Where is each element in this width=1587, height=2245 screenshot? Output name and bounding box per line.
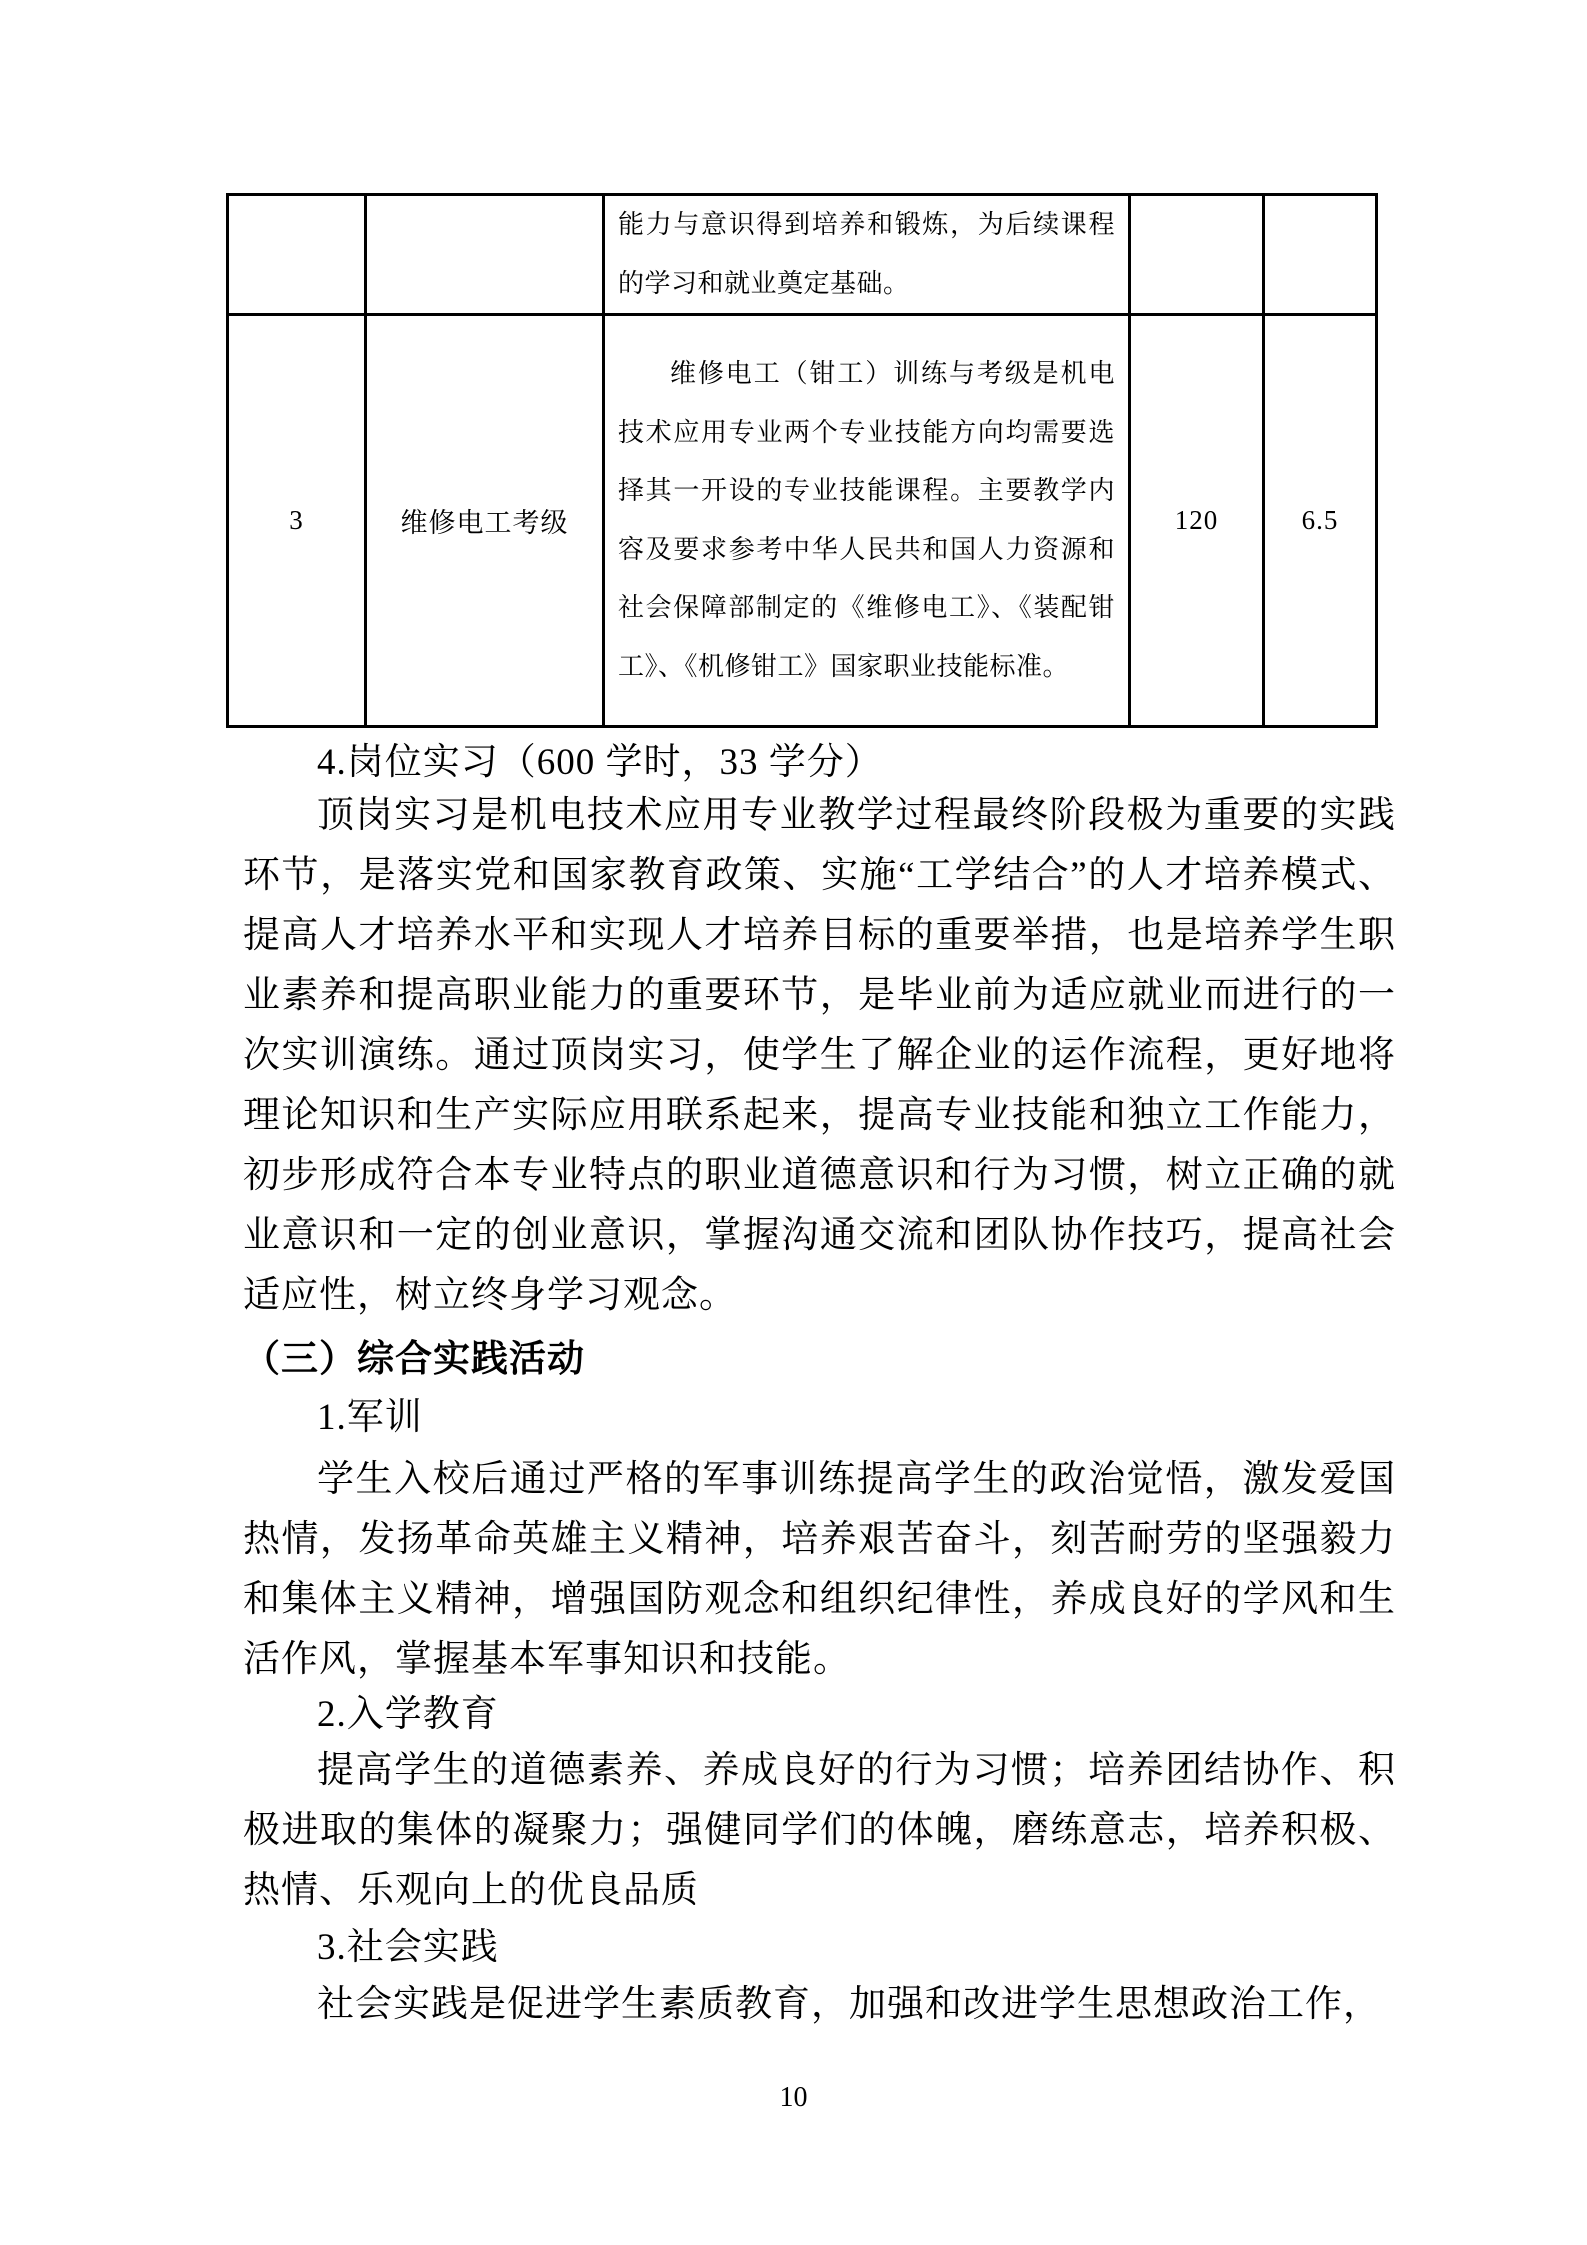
para-military-training: 学生入校后通过严格的军事训练提高学生的政治觉悟，激发爱国热情，发扬革命英雄主义精… (243, 1450, 1396, 1690)
cell-credits: 6.5 (1264, 315, 1377, 727)
heading-comprehensive-practice: （三）综合实践活动 (243, 1330, 1396, 1390)
cell-seq (228, 195, 366, 315)
document-page: 能力与意识得到培养和锻炼，为后续课程的学习和就业奠定基础。 3 维修电工考级 维… (0, 0, 1587, 2245)
cell-course-name (366, 195, 604, 315)
cell-hours (1130, 195, 1264, 315)
heading-post-internship: 4.岗位实习（600 学时，33 学分） (243, 733, 1396, 793)
cell-hours: 120 (1130, 315, 1264, 727)
cell-course-name: 维修电工考级 (366, 315, 604, 727)
para-post-internship: 顶岗实习是机电技术应用专业教学过程最终阶段极为重要的实践环节，是落实党和国家教育… (243, 786, 1396, 1326)
para-social-practice: 社会实践是促进学生素质教育，加强和改进学生思想政治工作， (243, 1975, 1396, 2035)
page-number: 10 (0, 2082, 1587, 2114)
cell-course-description: 维修电工（钳工）训练与考级是机电技术应用专业两个专业技能方向均需要选择其一开设的… (604, 315, 1130, 727)
course-description-text: 维修电工（钳工）训练与考级是机电技术应用专业两个专业技能方向均需要选择其一开设的… (618, 345, 1115, 696)
heading-entrance-education: 2.入学教育 (243, 1685, 1396, 1745)
table-row: 3 维修电工考级 维修电工（钳工）训练与考级是机电技术应用专业两个专业技能方向均… (228, 315, 1377, 727)
cell-credits (1264, 195, 1377, 315)
heading-social-practice: 3.社会实践 (243, 1918, 1396, 1978)
para-entrance-education: 提高学生的道德素养、养成良好的行为习惯；培养团结协作、积极进取的集体的凝聚力；强… (243, 1741, 1396, 1921)
course-table: 能力与意识得到培养和锻炼，为后续课程的学习和就业奠定基础。 3 维修电工考级 维… (226, 193, 1378, 728)
table-row-continued: 能力与意识得到培养和锻炼，为后续课程的学习和就业奠定基础。 (228, 195, 1377, 315)
cell-course-description: 能力与意识得到培养和锻炼，为后续课程的学习和就业奠定基础。 (604, 195, 1130, 315)
heading-military-training: 1.军训 (243, 1388, 1396, 1448)
cell-seq: 3 (228, 315, 366, 727)
